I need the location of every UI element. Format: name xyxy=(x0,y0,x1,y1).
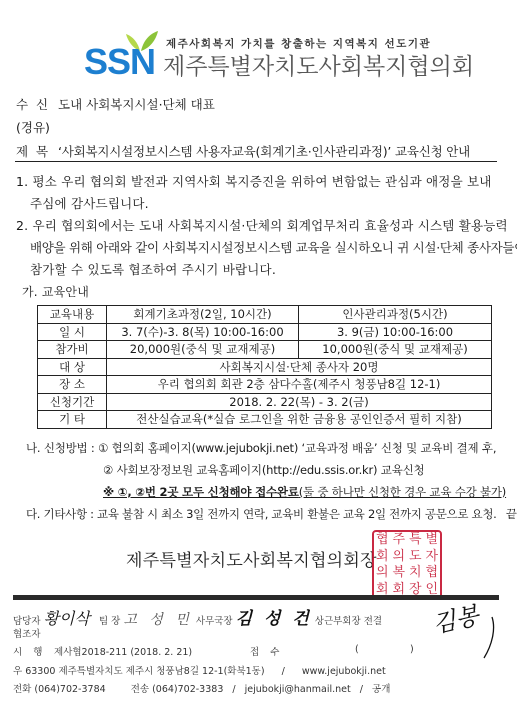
vice-president-label: 상근부회장 xyxy=(315,616,361,627)
paragraph-2-line-1: 2. 우리 협의회에서는 도내 사회복지시설·단체의 회계업무처리 효율성과 시… xyxy=(16,214,508,238)
seal-char: 별 xyxy=(424,532,441,549)
apply-note-rest: (둘 중 하나만 신청한 경우 교육 수강 불가) xyxy=(299,485,506,499)
staff-signature: 황이삭 xyxy=(44,609,90,628)
apply-note: ※ ①, ②번 2곳 모두 신청해야 접수완료(둘 중 하나만 신청한 경우 교… xyxy=(103,480,506,504)
paragraph-1-line-2: 주심에 감사드립니다. xyxy=(30,192,149,216)
table-row: 참가비 20,000원(중식 및 교재제공) 10,000원(중식 및 교재제공… xyxy=(38,341,492,359)
row-label: 대 상 xyxy=(38,358,107,376)
cooperator-label: 협조자 xyxy=(13,626,41,640)
table-header-cell: 인사관리과정(5시간) xyxy=(299,306,492,324)
etc-text: 교육 불참 시 최소 3일 전까지 연락, 교육비 환불은 교육 2일 전까지 … xyxy=(97,507,496,521)
footer-divider xyxy=(13,595,499,600)
table-row: 장 소 우리 협의회 회관 2층 삼다수홀(제주시 청풍남8길 12-1) xyxy=(38,376,492,394)
education-info-table: 교육내용 회계기초과정(2일, 10시간) 인사관리과정(5시간) 일 시 3.… xyxy=(37,305,492,429)
seal-char: 의 xyxy=(374,565,391,582)
seal-char: 치 xyxy=(407,565,424,582)
enforce-label: 시 행 xyxy=(13,644,51,658)
via-line: (경유) xyxy=(16,120,50,135)
separator: / xyxy=(282,666,285,677)
table-row: 대 상 사회복지시설·단체 종사자 20명 xyxy=(38,358,492,376)
seal-char: 복 xyxy=(391,565,408,582)
seal-char: 주 xyxy=(391,532,408,549)
end-mark: 끝. xyxy=(506,507,517,521)
paragraph-2-line-2: 배양을 위해 아래와 같이 사회복지시설정보시스템 교육을 실시하오니 귀 시설… xyxy=(30,236,517,260)
apply-method-line-1: 나. 신청방법 : ① 협의회 홈페이지(www.jejubokji.net) … xyxy=(26,436,496,460)
section-ga-heading: 가. 교육안내 xyxy=(22,280,89,304)
receive-value: ( ) xyxy=(355,644,414,655)
table-header-cell: 회계기초과정(2일, 10시간) xyxy=(107,306,299,324)
separator: / xyxy=(232,684,235,695)
table-row: 신청기간 2018. 2. 22(목) - 3. 2(금) xyxy=(38,393,492,411)
table-cell-merged: 2018. 2. 22(목) - 3. 2(금) xyxy=(107,393,492,411)
approval-line: 담당자 황이삭 팀 장 고 성 민 사무국장 김 성 건 상근부회장 전결 xyxy=(13,604,382,629)
etc-line: 다. 기타사항 : 교육 불참 시 최소 3일 전까지 연락, 교육비 환불은 … xyxy=(26,502,517,526)
receive-line: 접 수 xyxy=(250,644,283,658)
address: 우 63300 제주특별자치도 제주시 청풍남8길 12-1(화북1동) xyxy=(13,666,265,677)
apply-method-label: 나. 신청방법 : xyxy=(26,441,95,455)
table-row: 기 타 전산실습교육(*실습 로그인을 위한 금융용 공인인증서 필히 지참) xyxy=(38,411,492,429)
row-label: 신청기간 xyxy=(38,393,107,411)
logo: SSN 제주사회복지 가치를 창출하는 지역복지 선도기관 제주특별자치도사회복… xyxy=(0,0,517,90)
recipient-value: 도내 사회복지시설·단체 대표 xyxy=(58,97,215,112)
row-label: 참가비 xyxy=(38,341,107,359)
table-cell-merged: 전산실습교육(*실습 로그인을 위한 금융용 공인인증서 필히 지참) xyxy=(107,411,492,429)
separator: / xyxy=(360,684,363,695)
recipient-line: 수 신도내 사회복지시설·단체 대표 xyxy=(16,97,215,112)
seal-char: 도 xyxy=(407,549,424,566)
subject-label: 제 목 xyxy=(16,144,58,159)
email-link[interactable]: jejubokji@hanmail.net xyxy=(245,684,351,695)
website-link[interactable]: www.jejubokji.net xyxy=(302,666,386,677)
table-header-row: 교육내용 회계기초과정(2일, 10시간) 인사관리과정(5시간) xyxy=(38,306,492,324)
director-label: 사무국장 xyxy=(196,616,233,627)
row-label: 장 소 xyxy=(38,376,107,394)
enforce-number: 제사협2018-211 (2018. 2. 21) xyxy=(54,647,192,658)
final-approver-signature: 김봉 xyxy=(429,596,482,640)
enforce-line: 시 행 제사협2018-211 (2018. 2. 21) xyxy=(13,644,192,658)
table-cell: 20,000원(중식 및 교재제공) xyxy=(107,341,299,359)
apply-step-2: ② 사회보장정보원 교육홈페이지(http://edu.ssis.or.kr) … xyxy=(103,458,424,482)
table-cell: 10,000원(중식 및 교재제공) xyxy=(299,341,492,359)
phone: 전화 (064)702-3784 xyxy=(13,684,106,695)
signature-stroke-icon xyxy=(480,615,500,660)
table-cell-merged: 우리 협의회 회관 2층 삼다수홀(제주시 청풍남8길 12-1) xyxy=(107,376,492,394)
seal-char: 자 xyxy=(424,549,441,566)
row-label: 기 타 xyxy=(38,411,107,429)
paragraph-1-line-1: 1. 평소 우리 협의회 발전과 지역사회 복지증진을 위하여 변함없는 관심과… xyxy=(16,170,492,194)
logo-brand: SSN xyxy=(84,44,155,80)
seal-char: 특 xyxy=(407,532,424,549)
recipient-label: 수 신 xyxy=(16,97,58,112)
seal-char: 협 xyxy=(424,565,441,582)
seal-char: 의 xyxy=(391,549,408,566)
contact-line: 전화 (064)702-3784 전송 (064)702-3383 / jeju… xyxy=(13,681,390,695)
table-row: 일 시 3. 7(수)-3. 8(목) 10:00-16:00 3. 9(금) … xyxy=(38,323,492,341)
director-signature: 김 성 건 xyxy=(236,609,312,629)
table-cell: 3. 7(수)-3. 8(목) 10:00-16:00 xyxy=(107,323,299,341)
logo-slogan: 제주사회복지 가치를 창출하는 지역복지 선도기관 xyxy=(166,36,431,51)
paragraph-2-line-3: 참가할 수 있도록 협조하여 주시기 바랍니다. xyxy=(30,258,276,282)
apply-note-bold: ※ ①, ②번 2곳 모두 신청해야 접수완료 xyxy=(103,485,299,499)
team-leader-signature: 고 성 민 xyxy=(123,612,192,628)
subject-line: 제 목‘사회복지시설정보시스템 사용자교육(회계기초·인사관리과정)’ 교육신청… xyxy=(16,144,470,159)
receive-label: 접 수 xyxy=(250,647,283,658)
subject-value: ‘사회복지시설정보시스템 사용자교육(회계기초·인사관리과정)’ 교육신청 안내 xyxy=(58,144,470,159)
table-cell-merged: 사회복지시설·단체 종사자 20명 xyxy=(107,358,492,376)
table-cell: 3. 9(금) 10:00-16:00 xyxy=(299,323,492,341)
apply-step-1: ① 협의회 홈페이지(www.jejubokji.net) ‘교육과정 배움’ … xyxy=(98,441,496,455)
seal-char: 협 xyxy=(374,532,391,549)
sender-name: 제주특별자치도사회복지협의회장 xyxy=(126,546,377,571)
row-label: 일 시 xyxy=(38,323,107,341)
table-header-cell: 교육내용 xyxy=(38,306,107,324)
approval-label: 전결 xyxy=(364,616,382,627)
address-line: 우 63300 제주특별자치도 제주시 청풍남8길 12-1(화북1동) / w… xyxy=(13,663,386,677)
team-leader-label: 팀 장 xyxy=(99,616,120,627)
via-label: (경유) xyxy=(16,120,50,135)
logo-org-name: 제주특별자치도사회복지협의회 xyxy=(163,54,474,80)
subject-divider xyxy=(15,161,497,162)
fax: 전송 (064)702-3383 xyxy=(131,684,224,695)
etc-label: 다. 기타사항 : xyxy=(26,507,94,521)
disclosure-status: 공개 xyxy=(372,684,390,695)
seal-char: 회 xyxy=(374,549,391,566)
official-seal-stamp: 협 주 특 별 회 의 도 자 의 복 치 협 회 회 장 인 xyxy=(372,530,442,600)
